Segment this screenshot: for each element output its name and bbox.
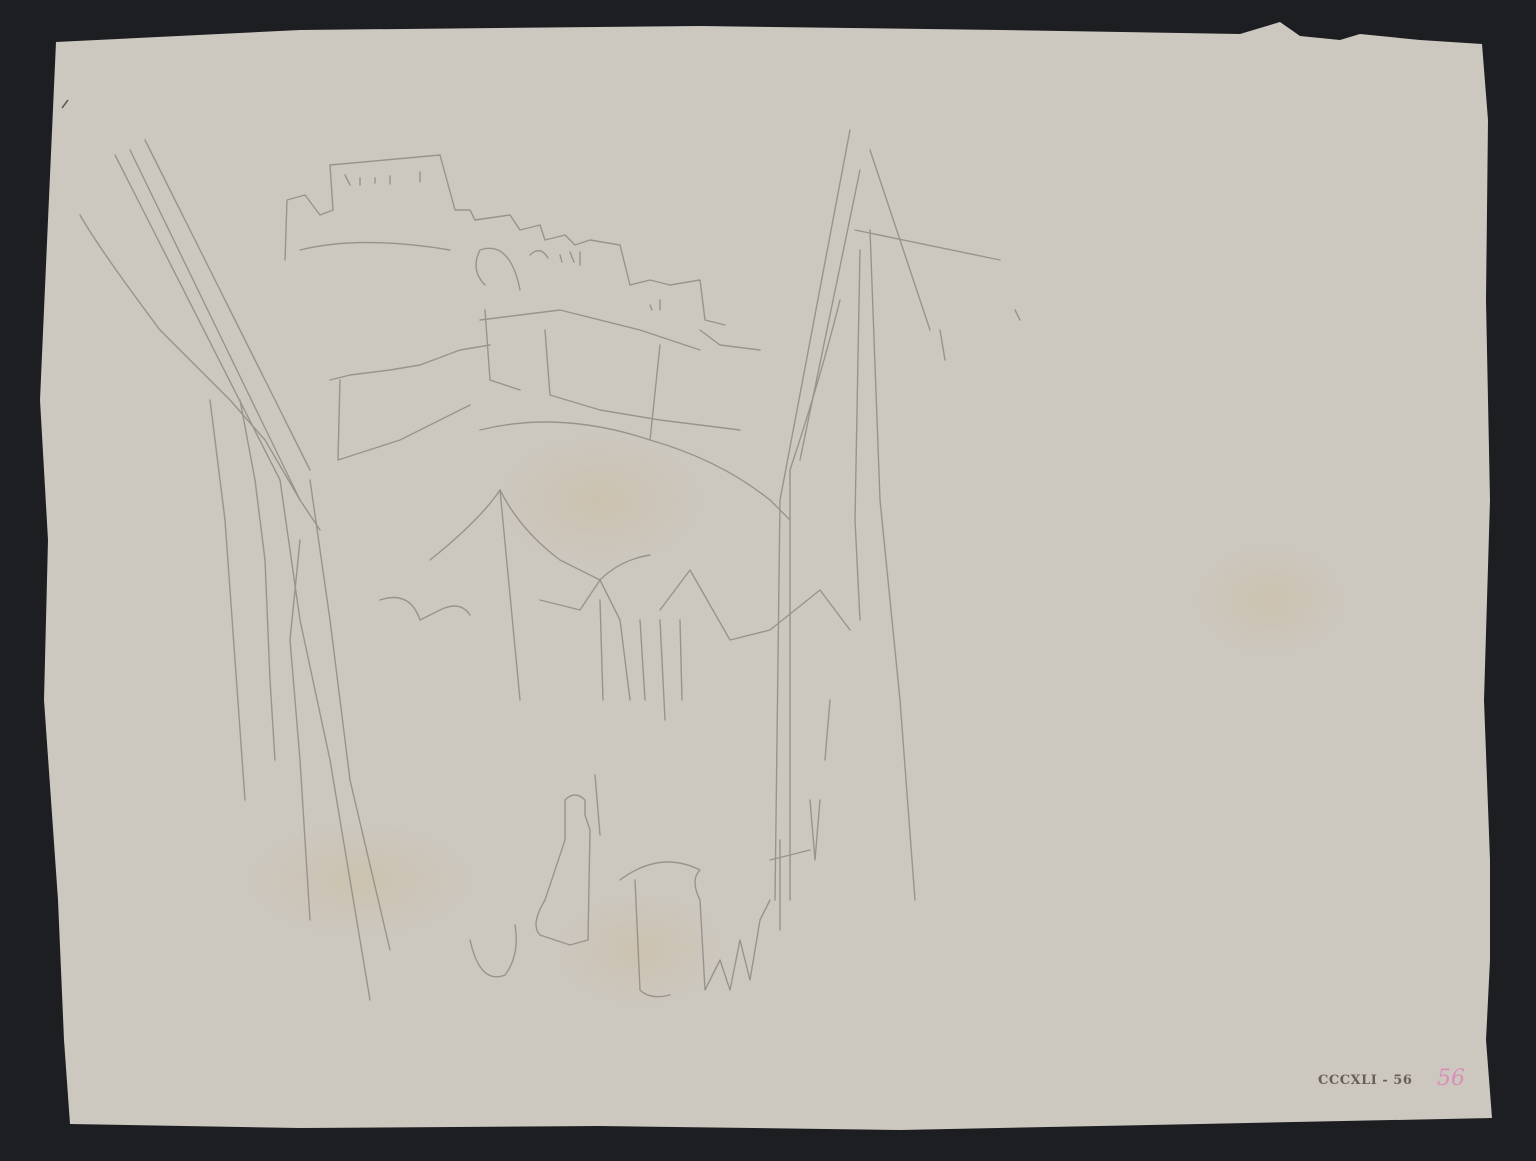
catalog-stamp: CCCXLI - 56	[1318, 1073, 1412, 1088]
handwritten-page-number: 56	[1437, 1066, 1465, 1091]
scanned-drawing	[0, 0, 1536, 1161]
